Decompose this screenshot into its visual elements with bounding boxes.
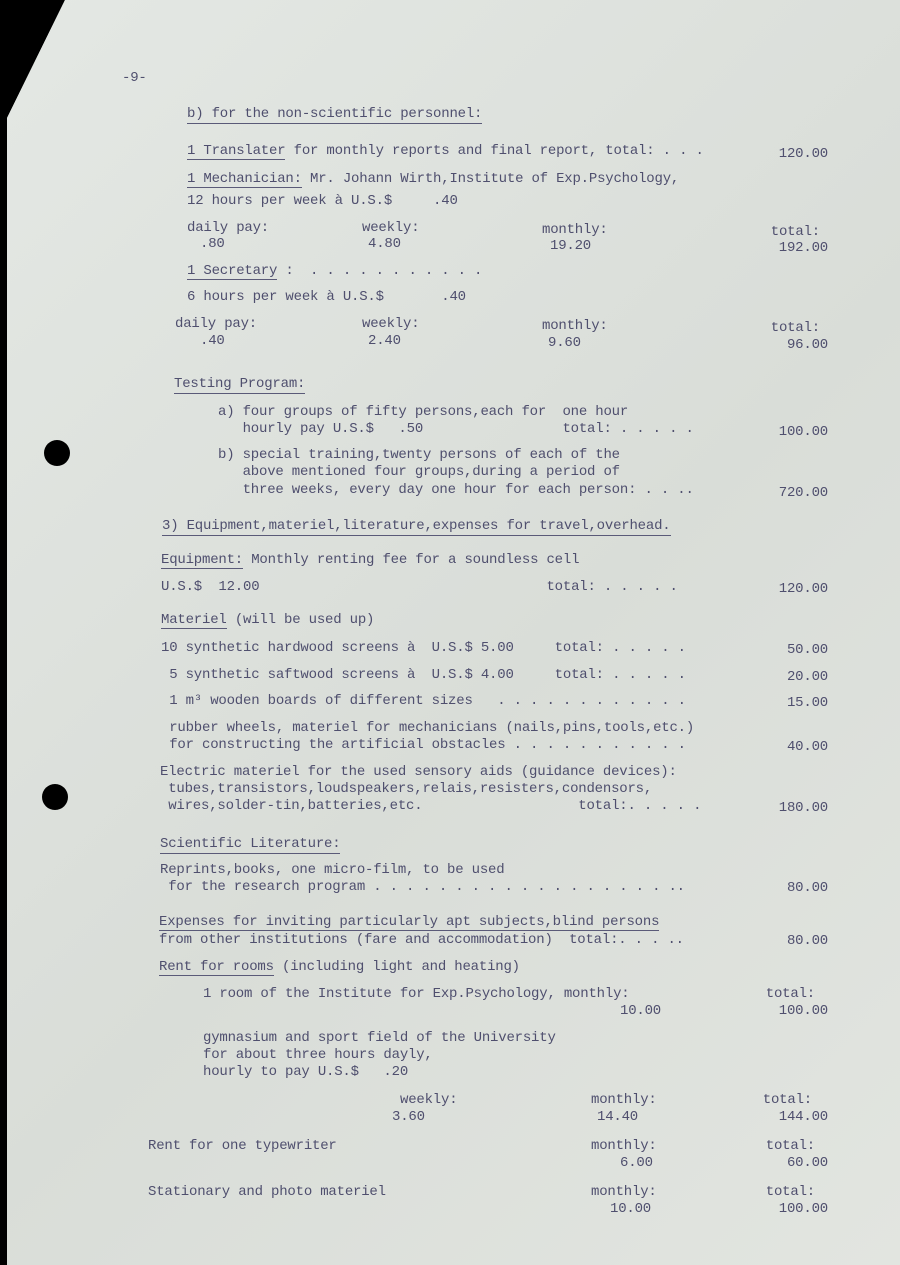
materiel-item: 5 synthetic saftwood screens à U.S.$ 4.0… xyxy=(161,667,686,684)
testing-a-line: a) four groups of fifty persons,each for… xyxy=(218,404,628,421)
materiel-item-total: 50.00 xyxy=(787,642,828,659)
testing-b-line: b) special training,twenty persons of ea… xyxy=(218,447,620,464)
total-label: total: xyxy=(766,986,815,1003)
total-label: total: xyxy=(766,1184,815,1201)
gym-total: 144.00 xyxy=(779,1109,828,1126)
daily-pay-label: daily pay: xyxy=(175,316,257,333)
literature-line: for the research program . . . . . . . .… xyxy=(160,879,685,896)
testing-b-total: 720.00 xyxy=(779,485,828,502)
electric-total: 180.00 xyxy=(779,800,828,817)
monthly-value: 10.00 xyxy=(610,1201,651,1218)
room-line: 1 room of the Institute for Exp.Psycholo… xyxy=(203,986,629,1003)
translator-line: 1 Translater for monthly reports and fin… xyxy=(187,143,704,160)
equipment-total: 120.00 xyxy=(779,581,828,598)
materiel-item-total: 20.00 xyxy=(787,669,828,686)
total-label: total: xyxy=(766,1138,815,1155)
total-label: total: xyxy=(771,320,820,337)
materiel-item: 10 synthetic hardwood screens à U.S.$ 5.… xyxy=(161,640,686,657)
typewriter-total: 60.00 xyxy=(787,1155,828,1172)
monthly-label: monthly: xyxy=(542,222,608,239)
materiel-item: 1 m³ wooden boards of different sizes . … xyxy=(161,693,686,710)
testing-b-line: above mentioned four groups,during a per… xyxy=(218,464,620,481)
monthly-value: 19.20 xyxy=(550,238,591,255)
monthly-label: monthly: xyxy=(542,318,608,335)
total-label: total: xyxy=(771,224,820,241)
typewriter-line: Rent for one typewriter xyxy=(148,1138,337,1155)
daily-pay-value: .40 xyxy=(200,333,225,350)
weekly-label: weekly: xyxy=(400,1092,457,1109)
page-number: -9- xyxy=(122,70,147,87)
literature-total: 80.00 xyxy=(787,880,828,897)
monthly-value: 9.60 xyxy=(548,335,581,352)
rubber-line: rubber wheels, materiel for mechanicians… xyxy=(161,720,694,737)
daily-pay-label: daily pay: xyxy=(187,220,269,237)
testing-a-line: hourly pay U.S.$ .50 total: . . . . . xyxy=(218,421,694,438)
total-label: total: xyxy=(763,1092,812,1109)
expenses-line: Expenses for inviting particularly apt s… xyxy=(159,914,659,931)
gym-line: hourly to pay U.S.$ .20 xyxy=(203,1064,408,1081)
electric-line: tubes,transistors,loudspeakers,relais,re… xyxy=(160,781,652,798)
literature-heading: Scientific Literature: xyxy=(160,836,340,854)
stationary-line: Stationary and photo materiel xyxy=(148,1184,386,1201)
rubber-line: for constructing the artificial obstacle… xyxy=(161,737,686,754)
expenses-line: from other institutions (fare and accomm… xyxy=(159,932,684,949)
punch-hole xyxy=(42,784,68,810)
monthly-label: monthly: xyxy=(591,1092,657,1109)
expenses-total: 80.00 xyxy=(787,933,828,950)
equipment-line: Equipment: Monthly renting fee for a sou… xyxy=(161,552,579,569)
electric-line: wires,solder-tin,batteries,etc. total:. … xyxy=(160,798,701,815)
room-total: 100.00 xyxy=(779,1003,828,1020)
electric-line: Electric materiel for the used sensory a… xyxy=(160,764,677,781)
secretary-rate: 6 hours per week à U.S.$ .40 xyxy=(187,289,466,306)
mechanician-line: 1 Mechanician: Mr. Johann Wirth,Institut… xyxy=(187,171,679,188)
weekly-value: 2.40 xyxy=(368,333,401,350)
section-3-heading: 3) Equipment,materiel,literature,expense… xyxy=(162,518,671,536)
monthly-value: 14.40 xyxy=(597,1109,638,1126)
secretary-line: 1 Secretary : . . . . . . . . . . . xyxy=(187,263,482,280)
daily-pay-value: .80 xyxy=(200,236,225,253)
section-b-heading: b) for the non-scientific personnel: xyxy=(187,106,482,124)
weekly-label: weekly: xyxy=(362,316,419,333)
equipment-price: U.S.$ 12.00 total: . . . . . xyxy=(161,579,678,596)
materiel-heading: Materiel (will be used up) xyxy=(161,612,374,629)
weekly-label: weekly: xyxy=(362,220,419,237)
materiel-item-total: 15.00 xyxy=(787,695,828,712)
testing-b-line: three weeks, every day one hour for each… xyxy=(218,482,694,499)
mechanician-total: 192.00 xyxy=(779,240,828,257)
monthly-value: 6.00 xyxy=(620,1155,653,1172)
testing-heading: Testing Program: xyxy=(174,376,305,394)
punch-hole xyxy=(44,440,70,466)
gym-line: gymnasium and sport field of the Univers… xyxy=(203,1030,556,1047)
mechanician-rate: 12 hours per week à U.S.$ .40 xyxy=(187,193,458,210)
weekly-value: 3.60 xyxy=(392,1109,425,1126)
room-monthly: 10.00 xyxy=(620,1003,661,1020)
document-page xyxy=(0,0,900,1265)
gym-line: for about three hours dayly, xyxy=(203,1047,433,1064)
monthly-label: monthly: xyxy=(591,1138,657,1155)
testing-a-total: 100.00 xyxy=(779,424,828,441)
literature-line: Reprints,books, one micro-film, to be us… xyxy=(160,862,504,879)
secretary-total: 96.00 xyxy=(787,337,828,354)
stationary-total: 100.00 xyxy=(779,1201,828,1218)
monthly-label: monthly: xyxy=(591,1184,657,1201)
weekly-value: 4.80 xyxy=(368,236,401,253)
translator-total: 120.00 xyxy=(779,146,828,163)
rubber-total: 40.00 xyxy=(787,739,828,756)
rent-heading: Rent for rooms (including light and heat… xyxy=(159,959,520,976)
